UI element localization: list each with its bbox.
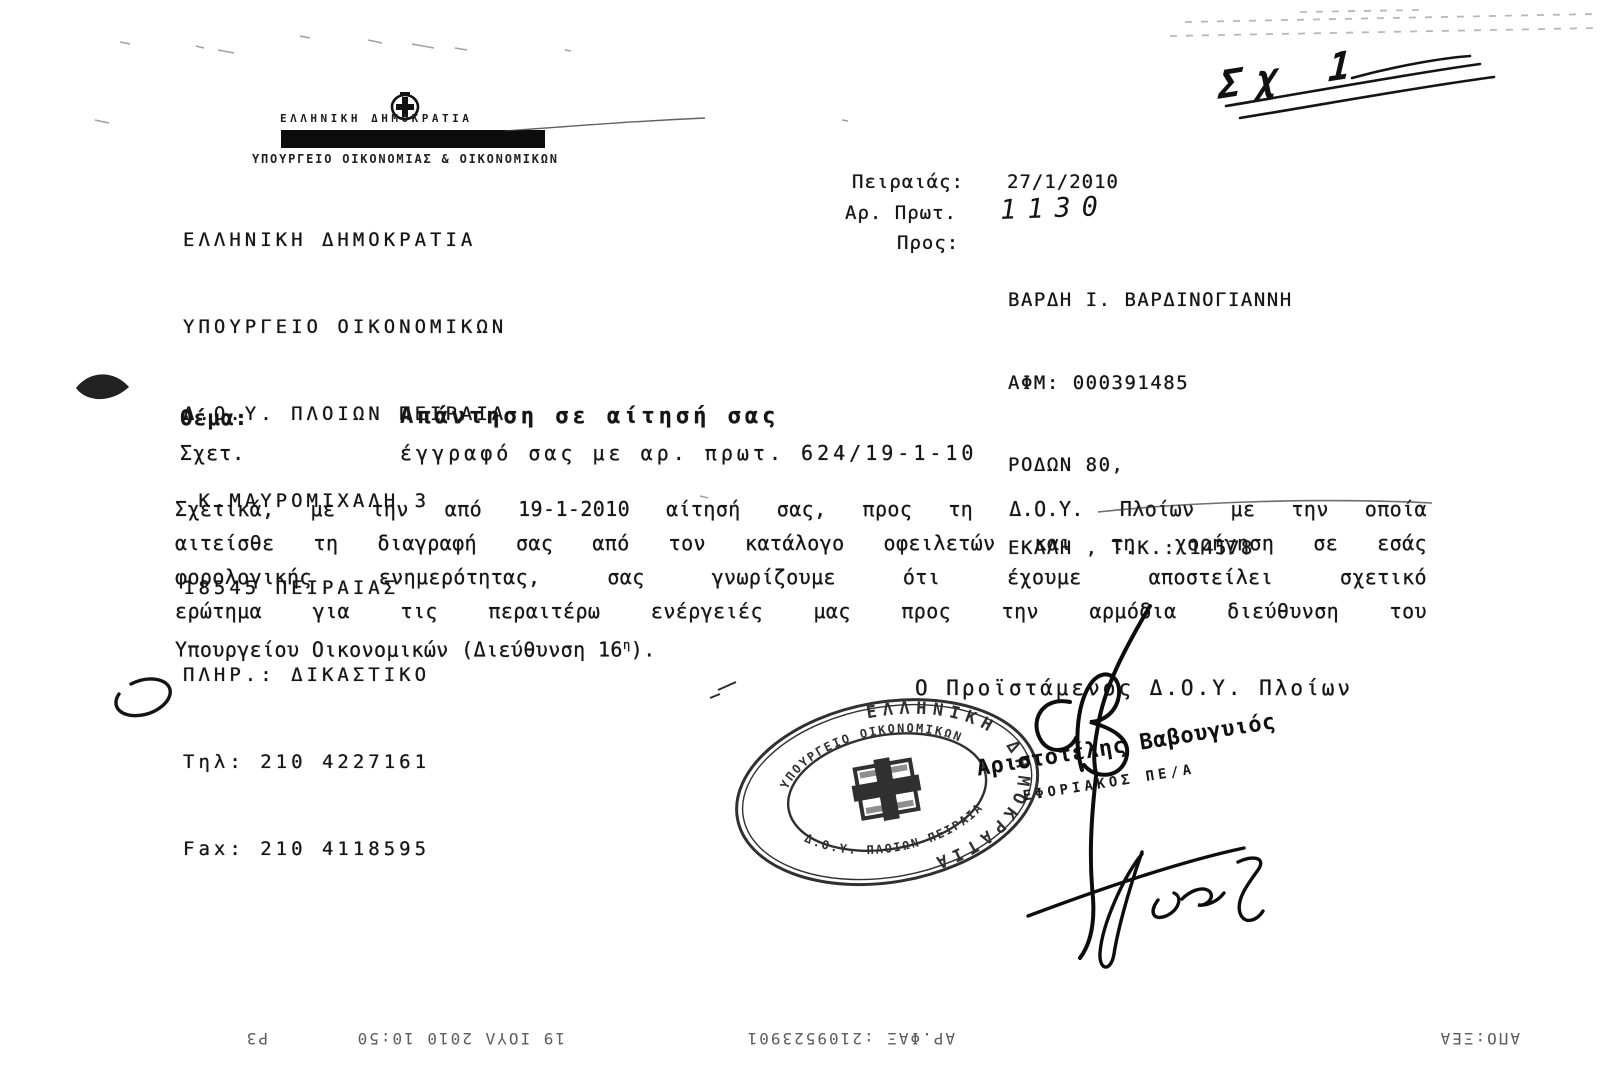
body-paragraph: Σχετικά, με την από 19-1-2010 αίτησή σας… xyxy=(175,492,1427,667)
recipient-line: ΒΑΡΔΗ Ι. ΒΑΡΔΙΝΟΓΙΑΝΝΗ xyxy=(1008,287,1293,315)
city-date-label: Πειραιάς: xyxy=(852,171,964,193)
fax-footer: ΑΠΟ:ΞΕΑ ΑΡ.ΦΑΞ :2109523901 19 ΙΟΥΛ 2010 … xyxy=(60,1020,1540,1052)
body-line: ερώτημα για τις περαιτέρω ενέργειές μας … xyxy=(175,594,1427,628)
fax-number: ΑΡ.ΦΑΞ :2109523901 xyxy=(746,1029,955,1048)
to-label: Προς: xyxy=(897,232,959,254)
body-line: αιτείσθε τη διαγραφή σας από τον κατάλογ… xyxy=(175,526,1427,560)
body-line: φορολογικής ενημερότητας, σας γνωρίζουμε… xyxy=(175,560,1427,594)
subject-value: Απάντηση σε αίτησή σας xyxy=(400,404,779,429)
sender-line: Fax: 210 4118595 xyxy=(183,835,507,864)
protocol-number-handwritten: 1130 xyxy=(999,191,1109,226)
scan-dotted-lines xyxy=(1170,10,1598,36)
scan-ellipse-artifact xyxy=(116,679,170,716)
sender-line: ΕΛΛΗΝΙΚΗ ΔΗΜΟΚΡΑΤΙΑ xyxy=(183,226,507,255)
body-line: Σχετικά, με την από 19-1-2010 αίτησή σας… xyxy=(175,492,1427,526)
scanned-letter-page: ΕΛΛΗΝΙΚΗ ΔΗΜΟΚΡΑΤΙΑ ΥΠΟΥΡΓΕΙΟ ΟΙΚΟΝΟΜΙΑΣ… xyxy=(0,0,1600,1075)
redaction-bar xyxy=(281,130,545,148)
reference-label: Σχετ. xyxy=(180,441,245,465)
official-round-stamp: ΕΛΛΗΝΙΚΗ ΔΗΜΟΚΡΑΤΙΑ ΥΠΟΥΡΓΕΙΟ ΟΙΚΟΝΟΜΙΚΩ… xyxy=(702,664,1073,930)
body-last-tail: ). xyxy=(631,638,656,662)
sender-line: Τηλ: 210 4227161 xyxy=(183,748,507,777)
body-last-text: Υπουργείου Οικονομικών (Διεύθυνση 16 xyxy=(175,638,623,662)
header-ministry: ΥΠΟΥΡΓΕΙΟ ΟΙΚΟΝΟΜΙΑΣ & ΟΙΚΟΝΟΜΙΚΩΝ xyxy=(252,152,559,166)
recipient-line: ΡΟΔΩΝ 80, xyxy=(1008,452,1293,480)
recipient-line: ΑΦΜ: 000391485 xyxy=(1008,370,1293,398)
fax-datetime: 19 ΙΟΥΛ 2010 10:50 xyxy=(356,1029,565,1048)
fax-from: ΑΠΟ:ΞΕΑ xyxy=(1439,1029,1520,1048)
body-superscript: η xyxy=(623,637,631,652)
header-caption: ΕΛΛΗΝΙΚΗ ΔΗΜΟΚΡΑΤΙΑ xyxy=(280,112,472,125)
scan-blob-artifact xyxy=(76,374,129,399)
city-date-value: 27/1/2010 xyxy=(1007,171,1119,193)
reference-value: έγγραφό σας με αρ. πρωτ. 624/19-1-10 xyxy=(400,441,977,465)
protocol-label: Αρ. Πρωτ. xyxy=(845,202,957,224)
fax-page: P3 xyxy=(245,1029,268,1048)
body-line-last: Υπουργείου Οικονομικών (Διεύθυνση 16η). xyxy=(175,628,1427,667)
small-pen-marks xyxy=(710,682,736,698)
subject-label: Θέμα: xyxy=(180,406,248,430)
sender-line: ΥΠΟΥΡΓΕΙΟ ΟΙΚΟΝΟΜΙΚΩΝ xyxy=(183,313,507,342)
handwritten-annotation: Σχ 1 xyxy=(1218,40,1366,108)
